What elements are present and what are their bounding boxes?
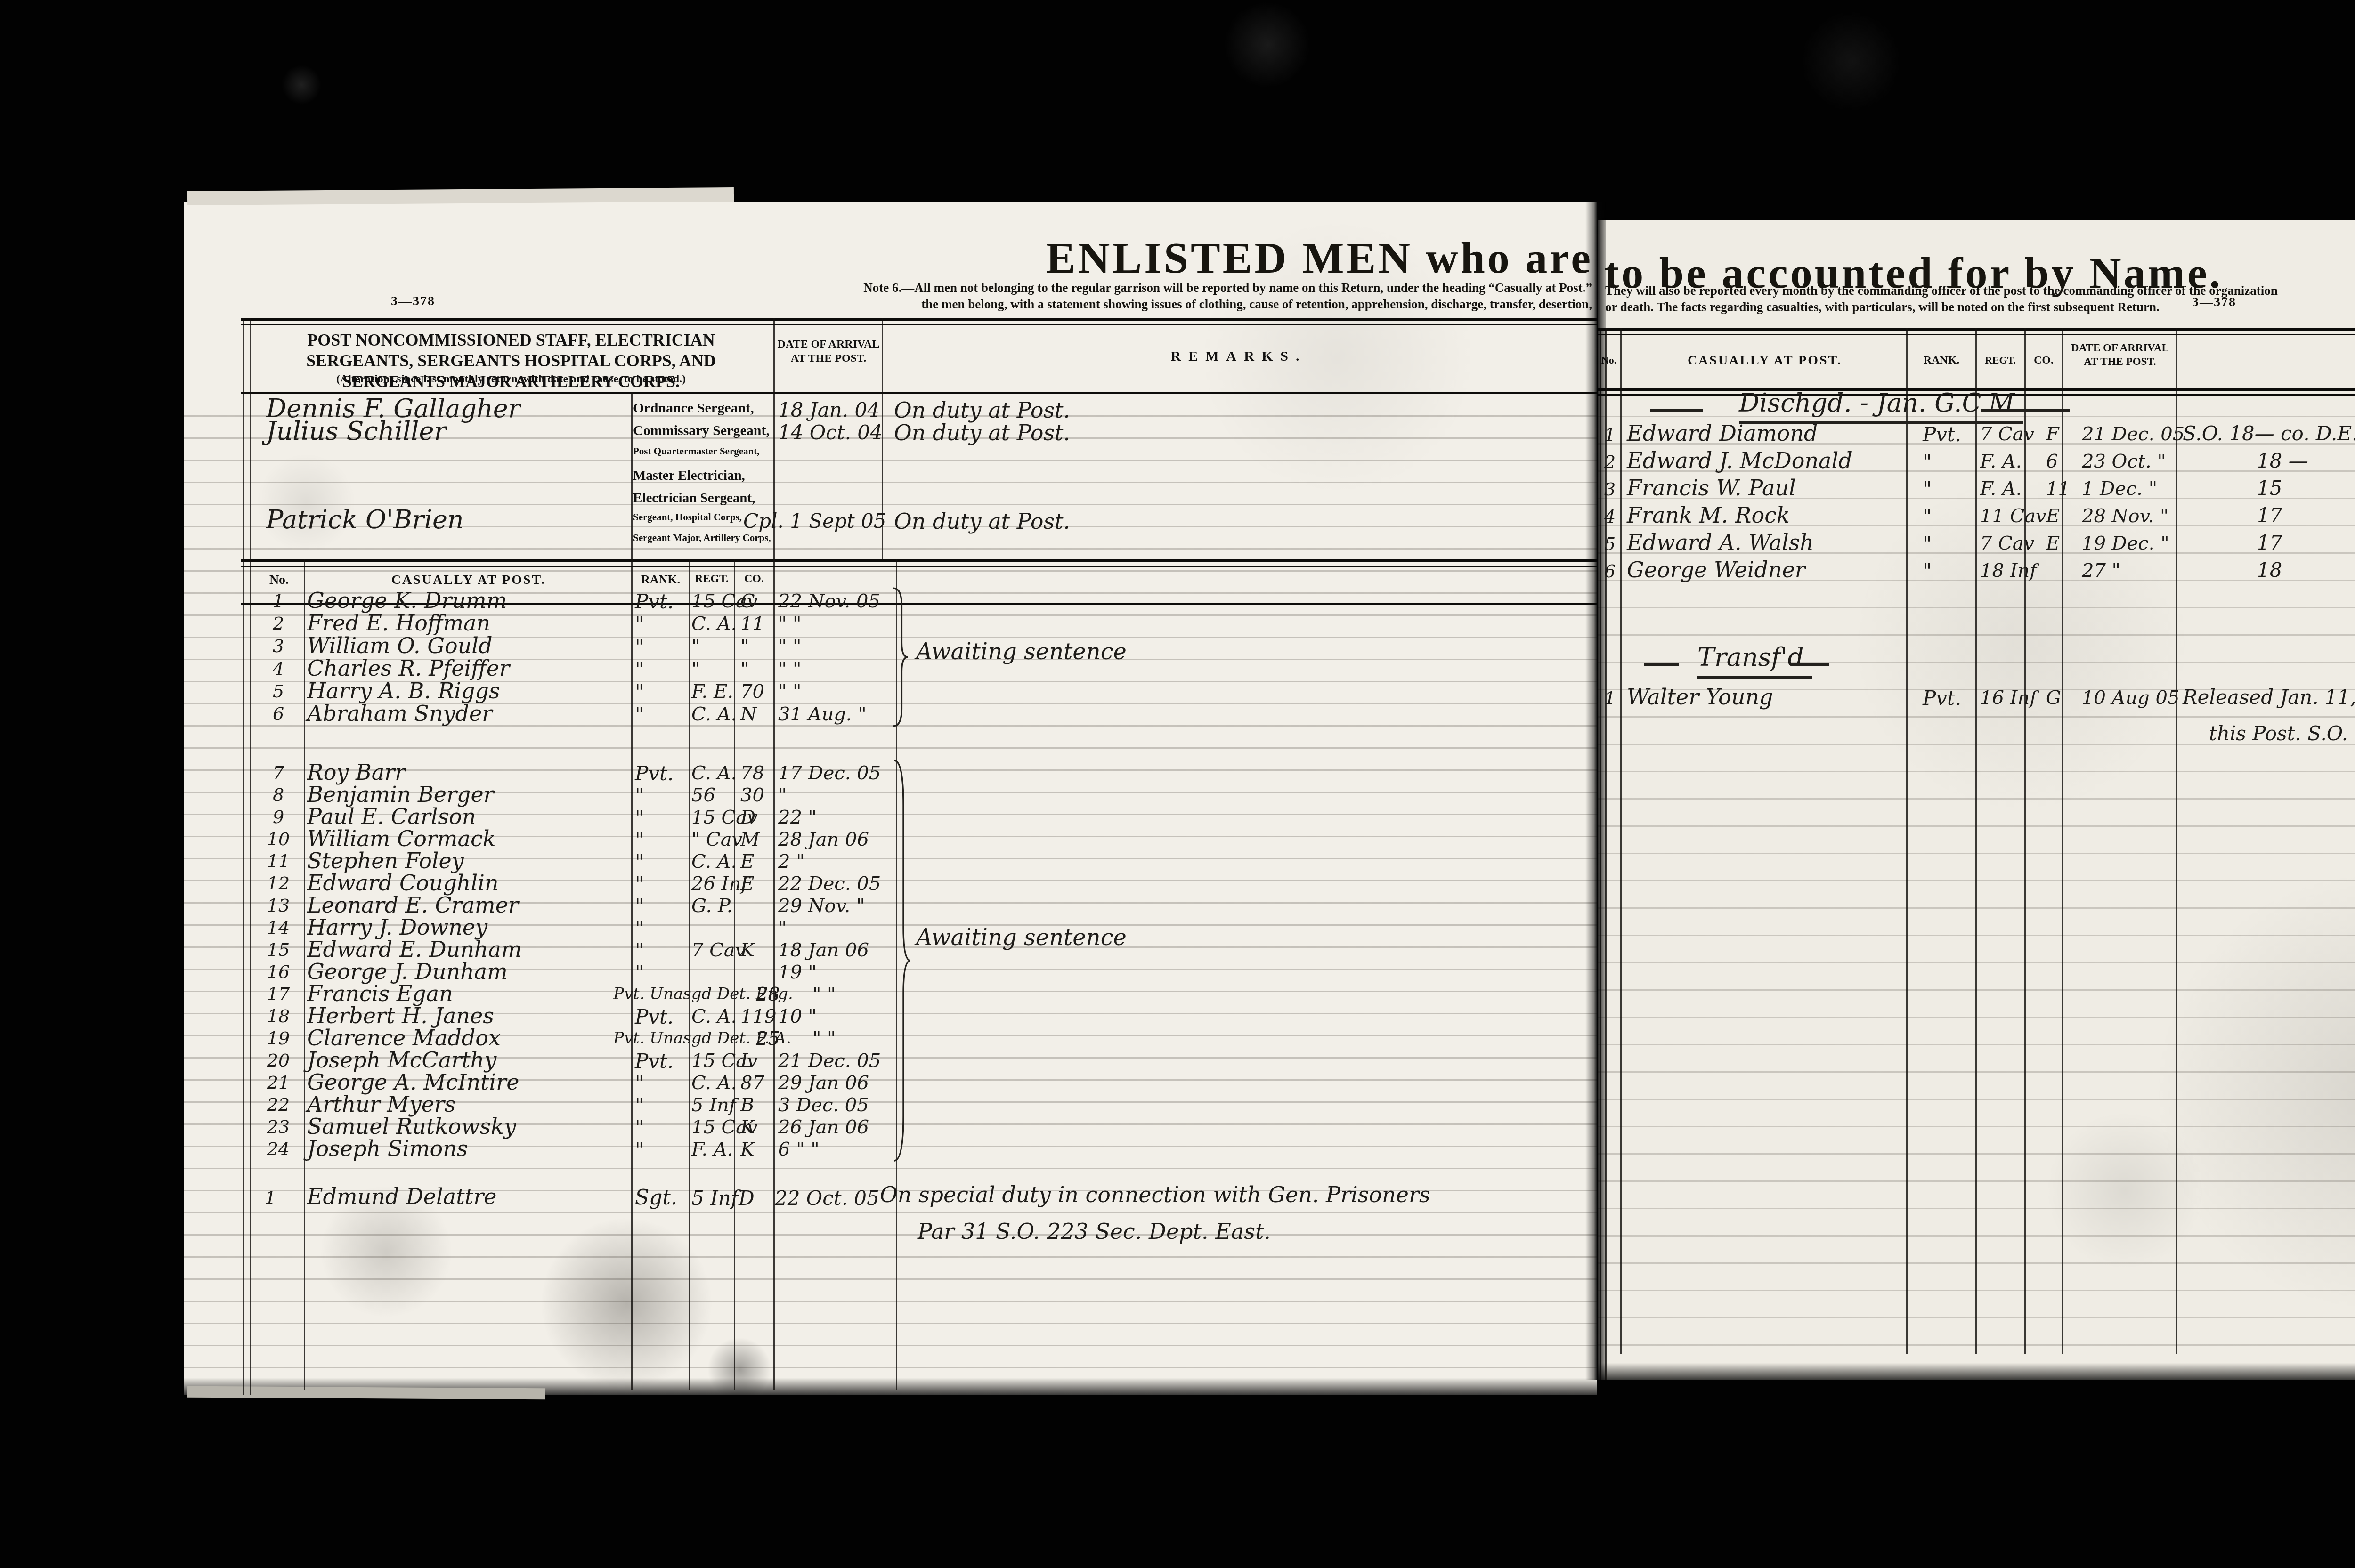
row-name: George A. McIntire — [307, 1069, 519, 1095]
row-co: 87 — [740, 1072, 764, 1094]
row-no: 19 — [260, 1028, 297, 1049]
row-co: 11 — [2046, 478, 2070, 500]
rule — [241, 318, 1597, 325]
row-rank: " — [635, 703, 644, 726]
row-date: 1 Dec. " — [2082, 478, 2157, 500]
column-header-regt: REGT. — [690, 573, 733, 585]
heading-dash — [1981, 409, 2070, 412]
row-remarks: S.O. 18— co. D.E. — [2183, 422, 2355, 445]
row-rank: " — [635, 961, 644, 984]
row-date: 2 " — [778, 851, 805, 873]
row-name: William O. Gould — [307, 633, 492, 658]
column-header-date: DATE OF ARRIVAL AT THE POST. — [776, 337, 881, 365]
row-regt: 11 Cav — [1980, 505, 2046, 527]
row-no: 16 — [260, 962, 297, 982]
row-date: " " — [778, 681, 802, 703]
row-rank: " — [635, 613, 644, 636]
row-date: 26 Jan 06 — [778, 1116, 869, 1138]
row-co: K — [740, 939, 755, 961]
row-regt: 16 Inf — [1980, 687, 2037, 709]
row-rank: " — [1923, 505, 1932, 528]
row-name: William Cormack — [307, 826, 496, 851]
rule — [241, 559, 1597, 567]
row-co: E — [740, 873, 754, 895]
rule — [1906, 328, 1908, 1354]
row-name: Benjamin Berger — [307, 782, 494, 807]
row-no: 3 — [260, 636, 297, 656]
rule — [250, 318, 251, 1395]
row-co: N — [740, 703, 757, 725]
rule — [243, 318, 244, 1395]
row-name: Edward E. Dunham — [307, 937, 522, 962]
row-date: 18 Jan 06 — [778, 939, 869, 961]
staff-rank-label: Post Quartermaster Sergeant, — [633, 445, 759, 457]
row-regt: 5 Inf — [691, 1094, 736, 1116]
rule — [689, 559, 690, 1390]
column-header-name: CASUALLY AT POST. — [306, 573, 631, 588]
row-co: 119 — [740, 1006, 776, 1027]
paper-edge-sliver-bottom — [187, 1386, 545, 1400]
row-rank: " — [1923, 477, 1932, 501]
row-name: George J. Dunham — [307, 959, 508, 984]
row-name: Frank M. Rock — [1627, 502, 1790, 528]
row-no: 5 — [260, 681, 297, 702]
row-name: George K. Drumm — [307, 588, 507, 613]
row-co: 78 — [740, 762, 764, 784]
row-no: 17 — [260, 984, 297, 1004]
row-remarks: 17 — [2257, 504, 2282, 527]
staff-remarks: On duty at Post. — [894, 509, 1070, 534]
row-regt: 18 Inf — [1980, 560, 2037, 582]
staff-date: 18 Jan. 04 — [778, 398, 880, 421]
special-row-name: Edmund Delattre — [307, 1184, 496, 1209]
row-co: K — [740, 1116, 755, 1138]
row-name: Roy Barr — [307, 760, 405, 785]
row-name: Joseph Simons — [307, 1136, 468, 1161]
row-date: 28 Jan 06 — [778, 829, 869, 850]
special-row-co: D — [739, 1187, 755, 1210]
row-regt: F. A. — [691, 1139, 733, 1160]
special-row-rank: Sgt. — [635, 1186, 677, 1210]
row-regt: F. A. — [1980, 451, 2022, 472]
section-heading: Dischgd. - Jan. G.C.M. — [1739, 388, 2023, 424]
column-header-no: No. — [254, 573, 304, 588]
row-rank: " — [635, 658, 644, 681]
row-rank: " — [635, 1072, 644, 1095]
column-header-date: DATE OF ARRIVAL AT THE POST. — [2065, 341, 2175, 368]
row-co: M — [740, 829, 760, 850]
column-header-remarks: REMARKS. — [1060, 348, 1418, 364]
row-date: 22 Dec. 05 — [778, 873, 881, 895]
staff-rank-label: Master Electrician, — [633, 468, 745, 484]
row-name: Stephen Foley — [307, 848, 464, 873]
row-name: Charles R. Pfeiffer — [307, 655, 510, 681]
row-co: " — [740, 658, 749, 680]
row-date: 10 Aug 05 — [2082, 687, 2179, 709]
row-regt: C. A. — [691, 613, 737, 635]
staff-remarks: On duty at Post. — [894, 420, 1070, 445]
column-header-regt: REGT. — [1977, 354, 2023, 366]
row-regt: 26 Inf — [691, 873, 748, 895]
staff-date: 14 Oct. 04 — [778, 421, 883, 444]
row-regt: 7 Cav — [691, 939, 746, 961]
row-co: 70 — [740, 681, 764, 703]
row-no: 21 — [260, 1072, 297, 1093]
row-rank: Pvt. — [635, 590, 674, 613]
row-no: 15 — [260, 939, 297, 960]
right-page: to be accounted for by Name. They will a… — [1598, 220, 2355, 1380]
row-date: " " — [778, 613, 802, 635]
row-rank: " — [635, 917, 644, 940]
row-no: 4 — [260, 658, 297, 679]
staff-remarks: On duty at Post. — [894, 397, 1070, 423]
row-regt: 28 — [756, 984, 780, 1005]
row-no: 23 — [260, 1116, 297, 1137]
row-date: " " — [812, 984, 836, 1005]
rule — [304, 559, 305, 1390]
special-row-remark-2: Par 31 S.O. 223 Sec. Dept. East. — [918, 1219, 1271, 1244]
column-header-co: CO. — [735, 573, 773, 585]
special-row-date: 22 Oct. 05 — [775, 1187, 879, 1210]
staff-name: Patrick O'Brien — [266, 505, 464, 534]
row-rank: " — [1923, 450, 1932, 473]
row-co: K — [740, 1139, 755, 1160]
row-co: 30 — [740, 784, 764, 806]
row-rank: " — [1923, 532, 1932, 555]
rule — [2176, 328, 2177, 1354]
brace-icon — [889, 756, 913, 1165]
row-date: 3 Dec. 05 — [778, 1094, 869, 1116]
row-regt: 56 — [691, 784, 715, 806]
staff-rank-label: Commissary Sergeant, — [633, 423, 770, 439]
heading-dash — [1644, 663, 1679, 666]
row-co: 6 — [2046, 451, 2058, 472]
row-no: 2 — [260, 613, 297, 634]
row-rank: " — [1923, 559, 1932, 582]
heading-dash — [1650, 409, 1703, 412]
note-line-1: Note 6.—All men not belonging to the reg… — [495, 280, 1592, 296]
row-name: Leonard E. Cramer — [307, 892, 519, 918]
row-no: 20 — [260, 1050, 297, 1071]
row-name: Edward A. Walsh — [1627, 530, 1814, 555]
row-co: E — [2046, 505, 2060, 527]
page-fold-shadow — [1585, 202, 1606, 1380]
form-number: 3—378 — [2192, 295, 2236, 310]
special-row-remark-1: On special duty in connection with Gen. … — [880, 1182, 1430, 1207]
row-date: 29 Jan 06 — [778, 1072, 869, 1094]
row-rank: " — [635, 895, 644, 918]
rule — [1975, 328, 1977, 1354]
row-name: Arthur Myers — [307, 1091, 455, 1117]
row-date: 17 Dec. 05 — [778, 762, 881, 784]
row-remarks: 17 — [2257, 531, 2282, 554]
row-co: E — [2046, 533, 2060, 554]
row-rank: " — [635, 939, 644, 962]
row-regt: 25 — [756, 1028, 780, 1050]
row-remarks: 18 — — [2257, 449, 2308, 472]
row-no: 8 — [260, 784, 297, 805]
row-co: L — [740, 1050, 753, 1072]
row-no: 11 — [260, 851, 297, 872]
row-no: 12 — [260, 873, 297, 894]
row-co: E — [740, 851, 754, 873]
row-rank: " — [635, 828, 644, 851]
page-title-left-half: ENLISTED MEN who are — [1046, 233, 1593, 283]
brace-icon — [889, 585, 910, 729]
row-date: " — [778, 784, 787, 806]
row-regt: F. A. — [1980, 478, 2022, 500]
row-co: " — [740, 636, 749, 657]
staff-date: Cpl. 1 Sept 05 — [743, 509, 886, 533]
row-regt: C. A. — [691, 1072, 737, 1094]
row-no: 6 — [260, 703, 297, 724]
row-rank: " — [635, 806, 644, 829]
column-header-rank: RANK. — [1908, 354, 1974, 367]
note-line-1: They will also be reported every month b… — [1605, 283, 2355, 299]
row-date: 22 " — [778, 807, 817, 828]
row-no: 18 — [260, 1006, 297, 1026]
row-co: 11 — [740, 613, 764, 635]
instruction-note-left: Note 6.—All men not belonging to the reg… — [495, 280, 1592, 313]
row-name: Francis W. Paul — [1627, 475, 1796, 501]
row-no: 14 — [260, 917, 297, 938]
row-name: Harry J. Downey — [307, 914, 487, 940]
row-date: 28 Nov. " — [2082, 505, 2168, 527]
rule — [1620, 328, 1622, 1354]
row-date: " " — [812, 1028, 836, 1050]
row-rank: " — [635, 680, 644, 703]
row-co: G — [2046, 687, 2061, 709]
row-no: 1 — [260, 590, 297, 611]
row-date: 19 Dec. " — [2082, 533, 2169, 554]
column-header-name: CASUALLY AT POST. — [1624, 353, 1906, 368]
row-remarks-2: this Post. S.O. 97, co. War Dept. — [2209, 722, 2355, 745]
row-rank: Pvt. — [1923, 687, 1961, 710]
row-name: Edward Diamond — [1627, 420, 1818, 446]
special-row-regt: 5 Inf — [691, 1187, 738, 1210]
row-name: Francis Egan — [307, 981, 453, 1006]
row-rank: Pvt. — [635, 762, 674, 785]
special-row-no: 1 — [265, 1188, 276, 1208]
row-date: 27 " — [2082, 560, 2120, 582]
row-date: 10 " — [778, 1006, 817, 1027]
row-remarks: Released Jan. 11, 06; S.O. 238-D.E. 1905… — [2183, 686, 2355, 709]
row-date: 21 Dec. 05 — [2082, 423, 2184, 445]
row-rank: Pvt. — [635, 1005, 674, 1028]
row-co: B — [740, 1094, 754, 1116]
row-rank: " — [635, 1094, 644, 1117]
rule — [2024, 328, 2026, 1354]
row-rank: Pvt. — [635, 1050, 674, 1073]
row-name: Walter Young — [1627, 684, 1773, 710]
row-co: D — [740, 807, 755, 828]
row-date: " — [778, 917, 787, 939]
row-regt: C. A. — [691, 762, 737, 784]
instruction-note-right: They will also be reported every month b… — [1605, 283, 2355, 315]
row-name: Herbert H. Janes — [307, 1003, 494, 1028]
row-date: " " — [778, 658, 802, 680]
row-name: Edward J. McDonald — [1627, 448, 1852, 473]
row-regt: C. A. — [691, 1006, 737, 1027]
row-rank: Pvt. — [1923, 423, 1961, 446]
column-header-sub: (Alterations since last monthly return, … — [254, 373, 768, 386]
column-header-rank: RANK. — [633, 573, 688, 587]
row-name: Samuel Rutkowsky — [307, 1114, 516, 1139]
row-regt: G. P. — [691, 895, 732, 917]
heading-dash — [1791, 663, 1829, 666]
rule — [773, 318, 775, 1390]
row-regt: 7 Cav — [1980, 423, 2034, 445]
staff-rank-label: Sergeant Major, Artillery Corps, — [633, 532, 771, 544]
row-regt: " Cav — [691, 829, 742, 850]
rule — [734, 559, 735, 1390]
row-date: 21 Dec. 05 — [778, 1050, 881, 1072]
row-date: 6 " " — [778, 1139, 820, 1160]
row-no: 22 — [260, 1094, 297, 1115]
row-rank: " — [635, 635, 644, 658]
row-name: Joseph McCarthy — [307, 1047, 496, 1073]
row-date: 31 Aug. " — [778, 703, 867, 725]
row-no: 24 — [260, 1139, 297, 1159]
staff-rank-label: Sergeant, Hospital Corps, — [633, 511, 742, 523]
row-regt: 7 Cav — [1980, 533, 2034, 554]
form-number: 3—378 — [391, 294, 435, 309]
row-regt: " — [691, 636, 700, 657]
row-name: Paul E. Carlson — [307, 804, 476, 829]
row-date: 22 Nov. 05 — [778, 590, 880, 612]
scanned-muster-roll-document: ENLISTED MEN who are Note 6.—All men not… — [0, 0, 2355, 1568]
staff-rank-label: Electrician Sergeant, — [633, 491, 755, 506]
row-co: C — [740, 590, 755, 612]
row-co: F — [2046, 423, 2059, 445]
row-name: Harry A. B. Riggs — [307, 678, 500, 703]
note-line-2: or death. The facts regarding casualties… — [1605, 299, 2355, 315]
row-remarks: 18 — [2257, 558, 2282, 582]
staff-rank-label: Ordnance Sergeant, — [633, 400, 754, 416]
column-header-co: CO. — [2026, 354, 2061, 367]
row-no: 13 — [260, 895, 297, 916]
row-regt: C. A. — [691, 851, 737, 873]
row-name: Fred E. Hoffman — [307, 610, 490, 636]
row-regt: F. E. — [691, 681, 733, 703]
section-heading: Transf'd. — [1697, 642, 1812, 679]
note-line-2: the men belong, with a statement showing… — [495, 296, 1592, 313]
row-name: Edward Coughlin — [307, 870, 499, 896]
group-remark: Awaiting sentence — [916, 639, 1127, 665]
rule — [631, 392, 633, 1390]
row-date: 19 " — [778, 962, 817, 983]
row-no: 7 — [260, 762, 297, 783]
row-rank: " — [635, 873, 644, 896]
row-date: " " — [778, 636, 802, 657]
row-regt: " — [691, 658, 700, 680]
row-date: 23 Oct. " — [2082, 451, 2166, 472]
row-rank: " — [635, 784, 644, 807]
left-page: ENLISTED MEN who are Note 6.—All men not… — [184, 202, 1597, 1395]
row-name: George Weidner — [1627, 557, 1805, 582]
group-remark: Awaiting sentence — [916, 924, 1127, 951]
row-rank: " — [635, 1116, 644, 1139]
row-date: 29 Nov. " — [778, 895, 865, 917]
column-header-remarks: REMARKS. — [2304, 357, 2355, 373]
row-rank: " — [635, 850, 644, 873]
row-rank: " — [635, 1138, 644, 1161]
row-no: 10 — [260, 829, 297, 849]
staff-name: Julius Schiller — [266, 416, 446, 446]
row-regt: C. A. — [691, 703, 737, 725]
row-name: Clarence Maddox — [307, 1025, 501, 1051]
row-name: Abraham Snyder — [307, 701, 492, 726]
row-remarks: 15 — [2257, 477, 2282, 500]
row-no: 9 — [260, 807, 297, 827]
